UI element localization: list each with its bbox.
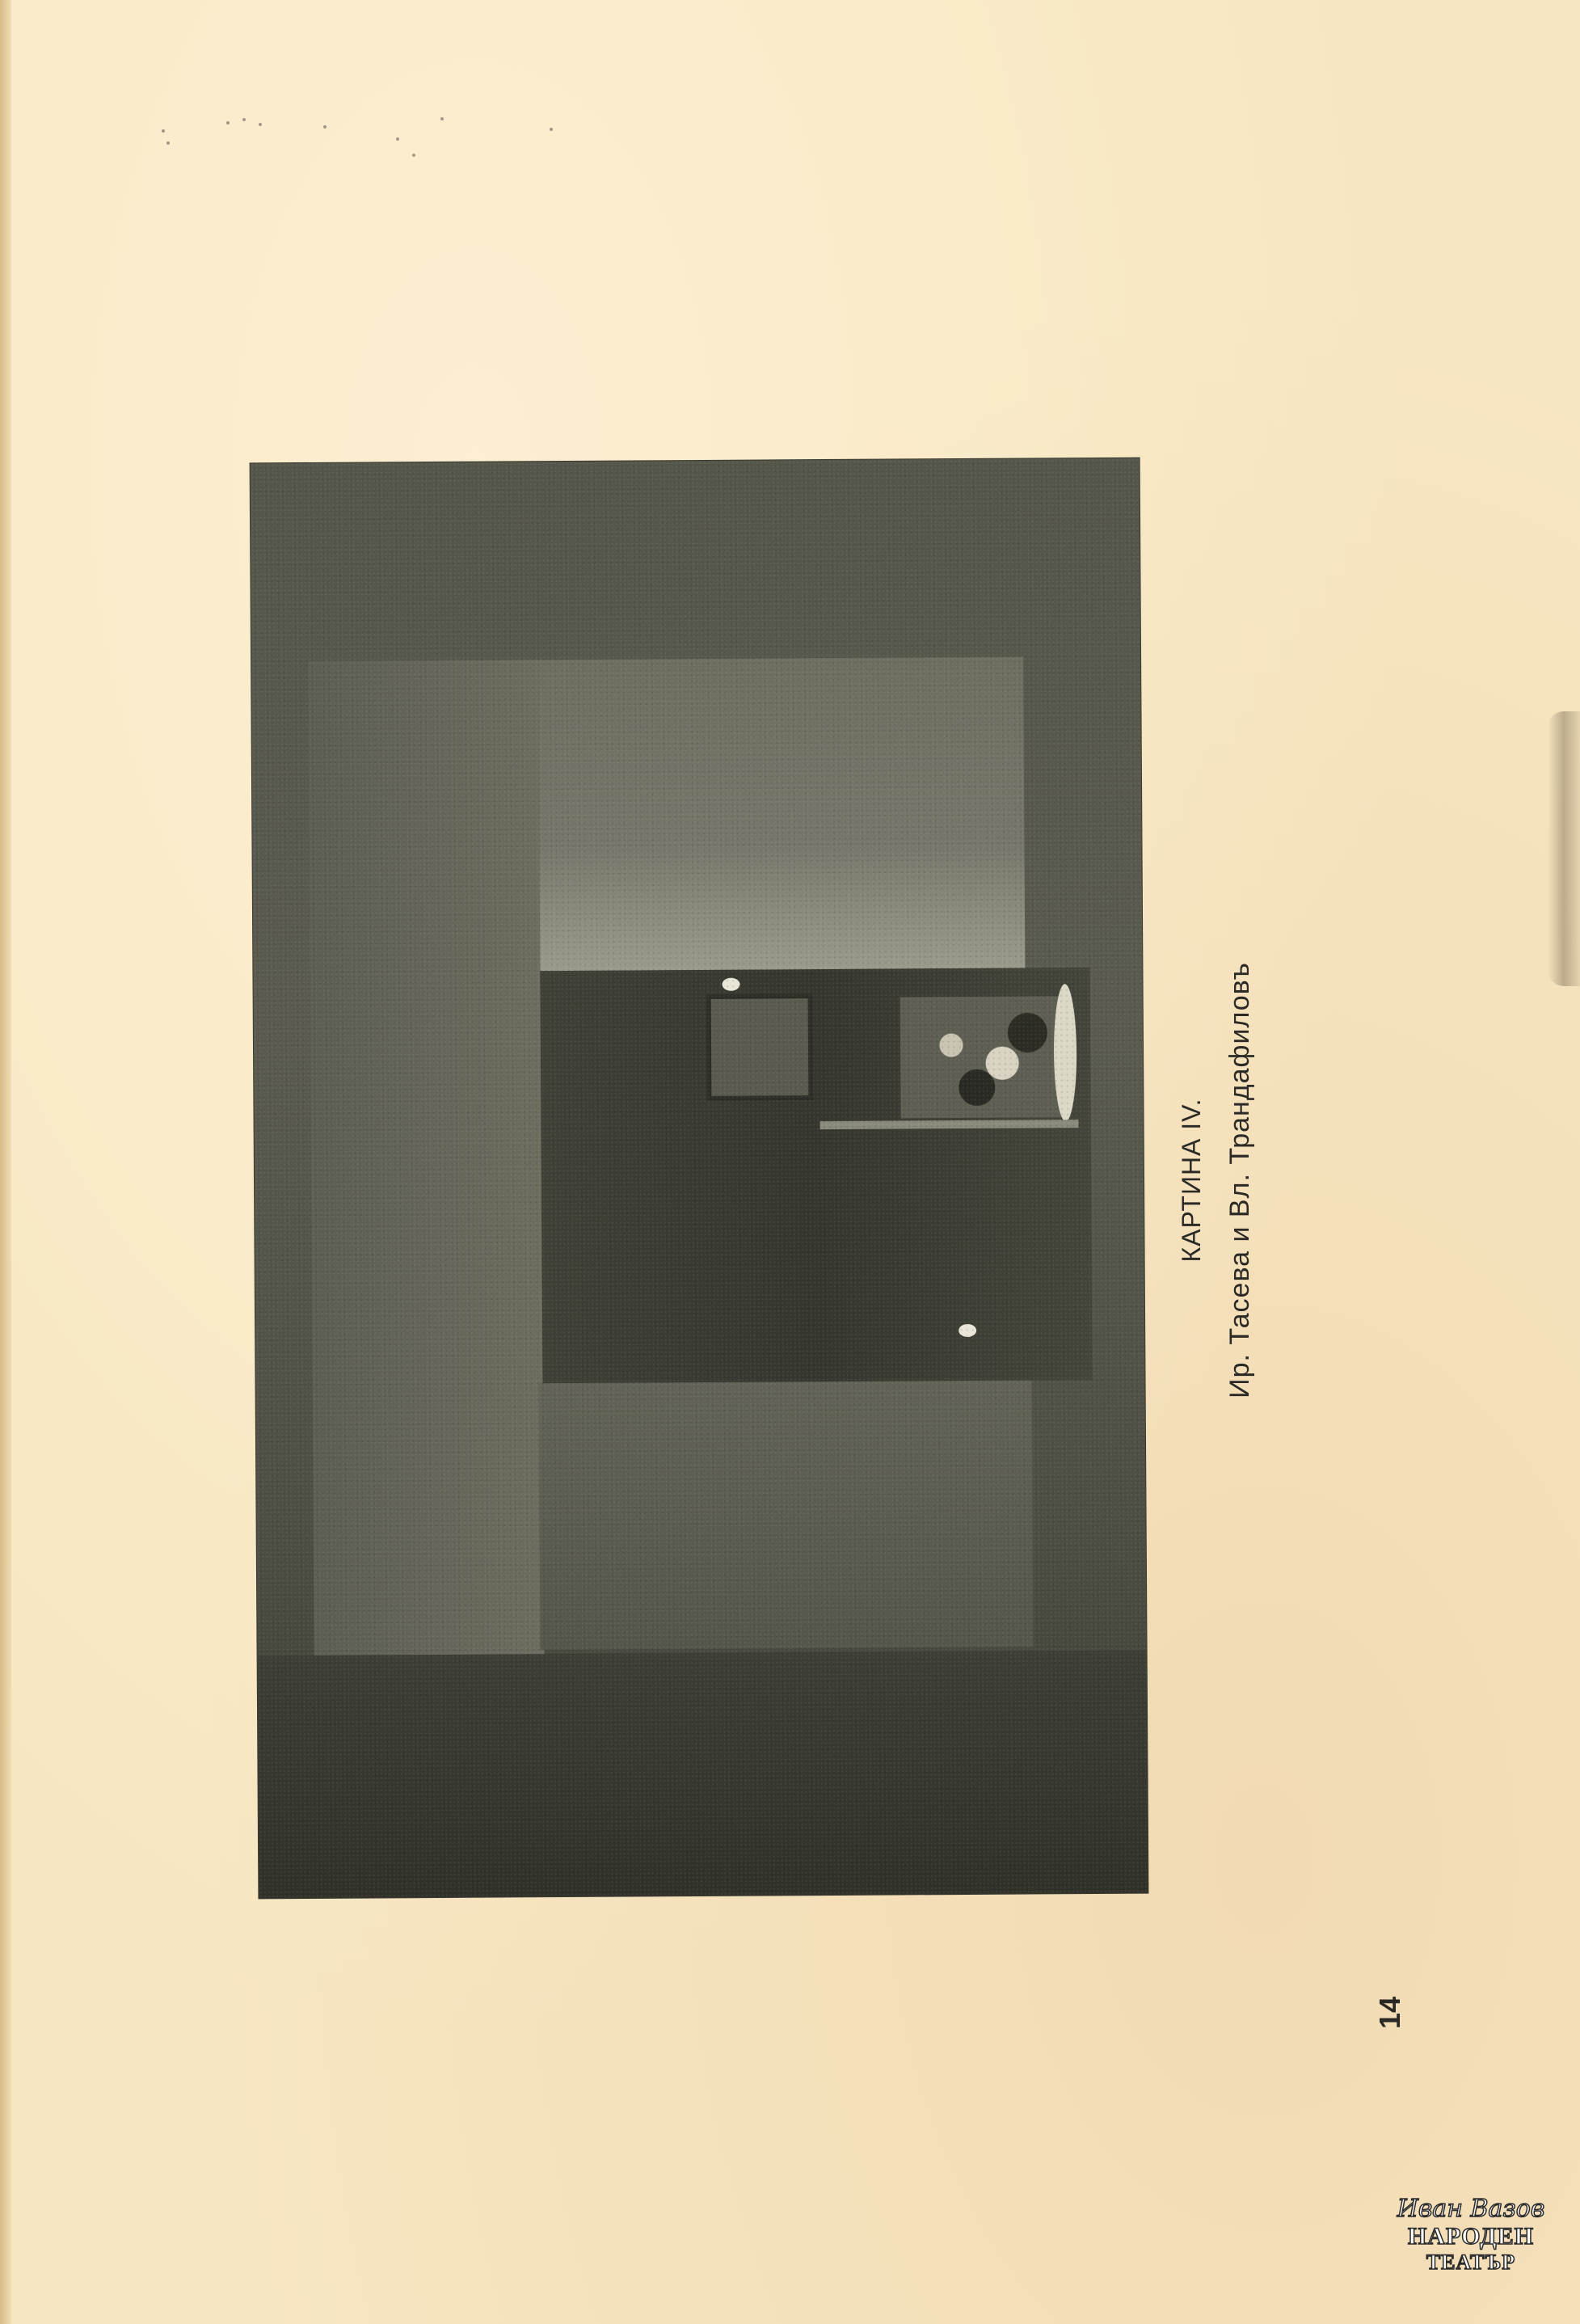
logo-line-1: НАРОДЕН (1394, 2224, 1548, 2250)
caption-credit: Ир. Тасева и Вл. Трандафиловъ (1224, 962, 1256, 1398)
page-number: 14 (1366, 1989, 1414, 2037)
paper-specks (162, 113, 582, 162)
paper-stain (1548, 711, 1580, 986)
logo-script: Иван Вазов (1394, 2195, 1548, 2224)
page-edge (0, 0, 11, 2324)
page-number-text: 14 (1373, 1997, 1407, 2029)
photo-caption: КАРТИНА IV. Ир. Тасева и Вл. Трандафилов… (1172, 922, 1261, 1439)
caption-title: КАРТИНА IV. (1177, 962, 1207, 1398)
national-theatre-logo: Иван Вазов НАРОДЕН ТЕАТЪР (1394, 2195, 1548, 2300)
photo-grain (251, 458, 1148, 1899)
stage-photograph (251, 458, 1148, 1899)
logo-line-2: ТЕАТЪР (1394, 2250, 1548, 2275)
